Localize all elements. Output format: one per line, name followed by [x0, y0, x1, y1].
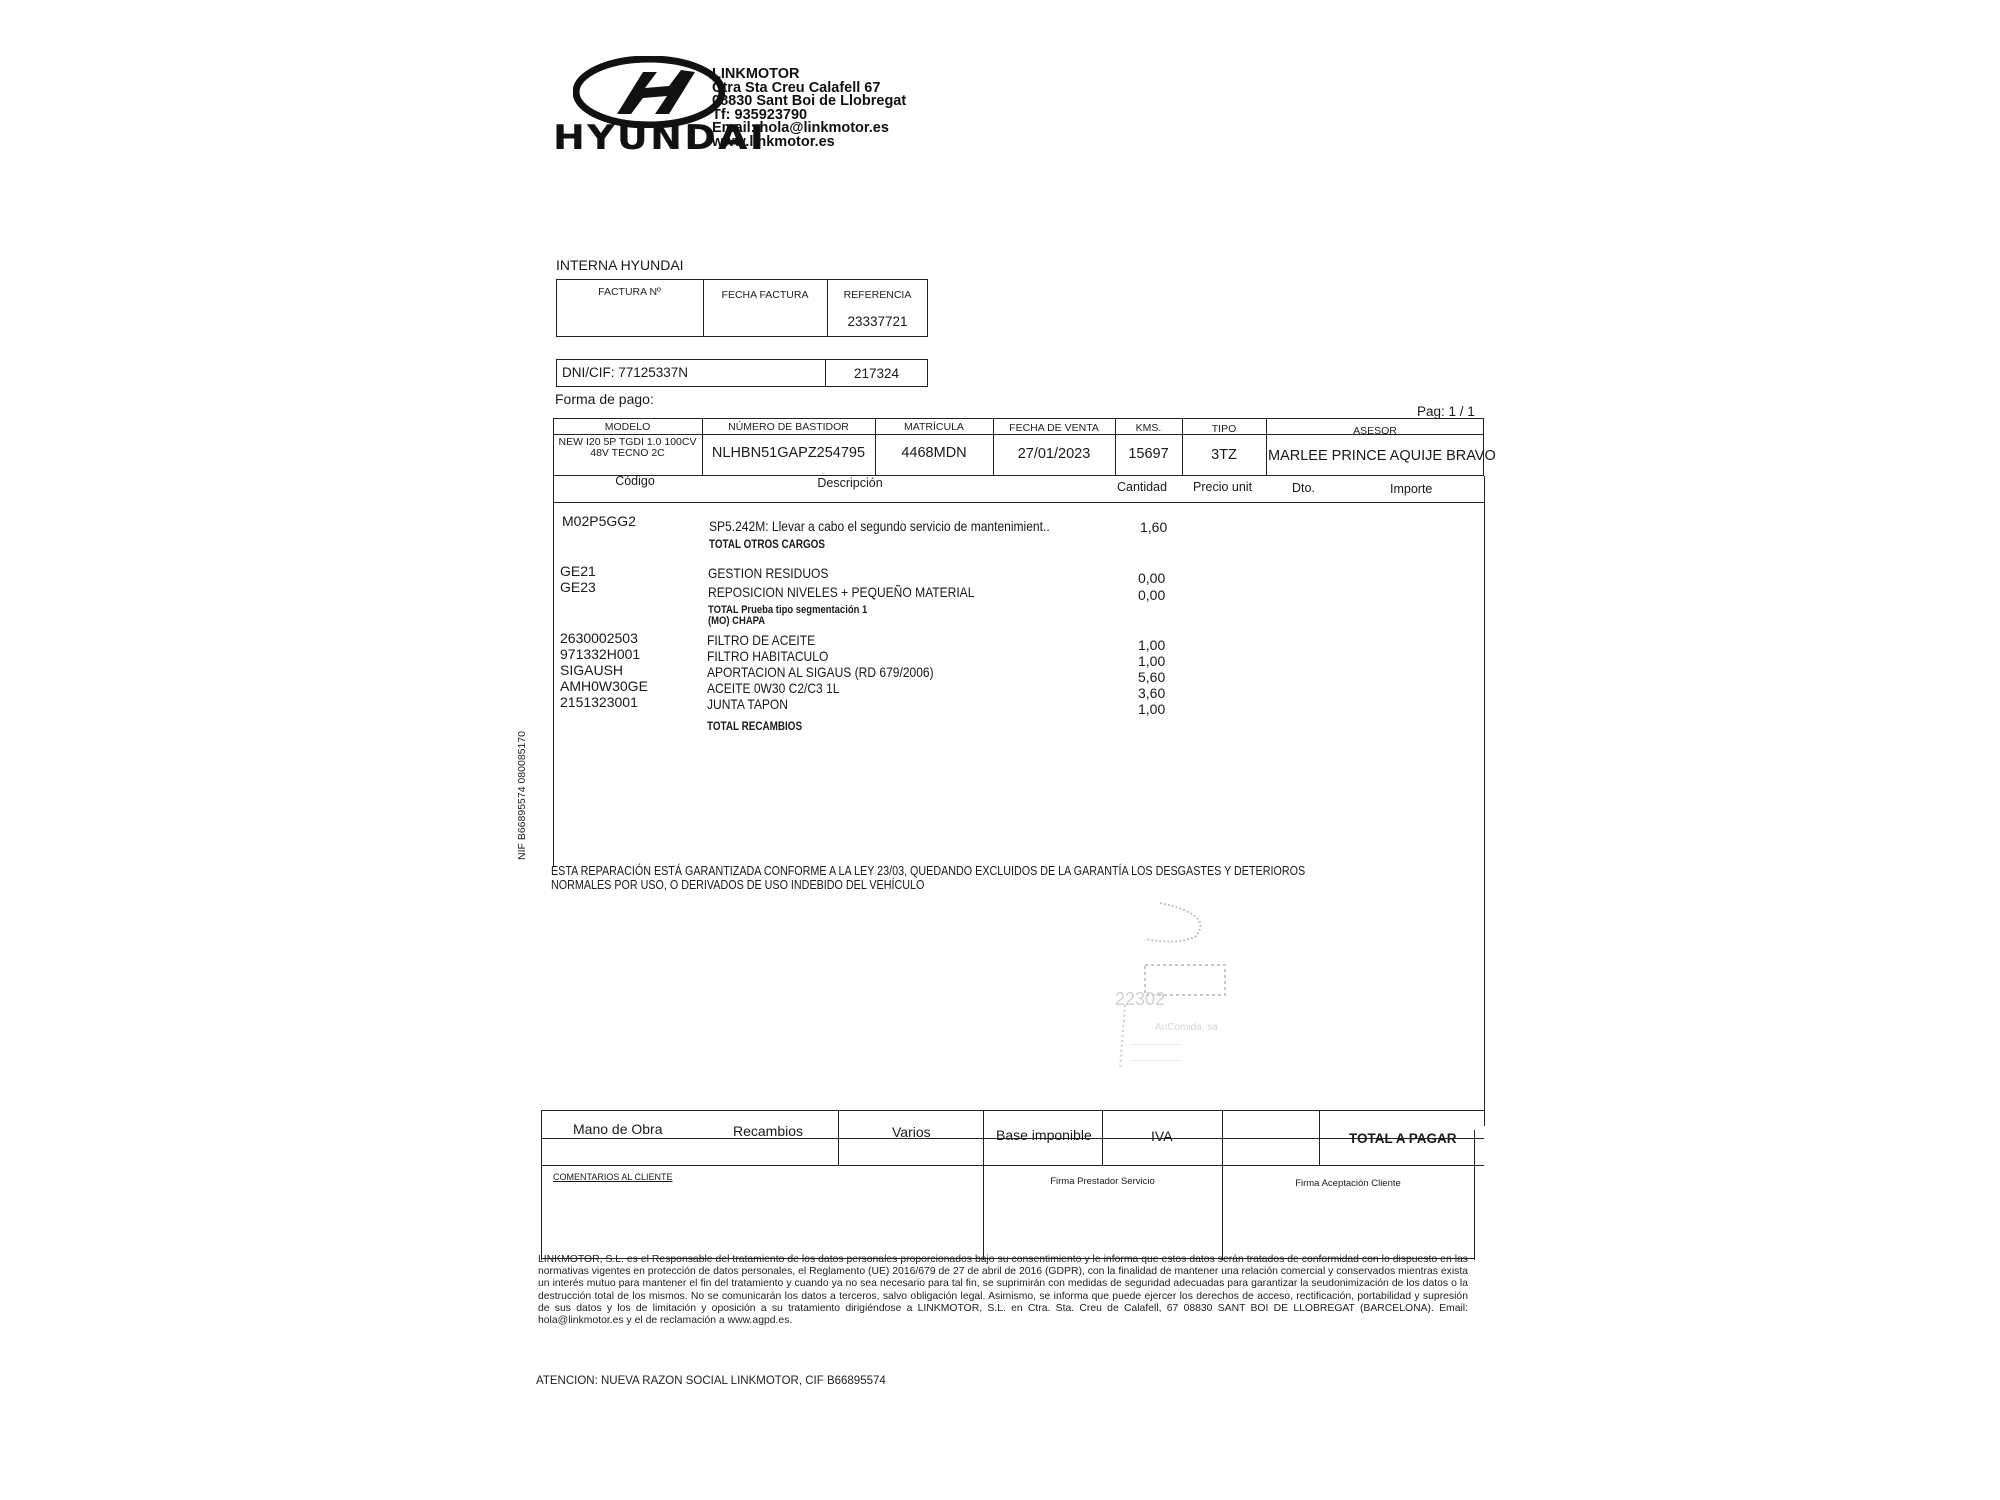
header-fecha-venta: FECHA DE VENTA: [993, 422, 1115, 434]
col-precio: Precio unit: [1193, 480, 1252, 494]
svg-text:-----------------: -----------------: [1130, 1039, 1181, 1049]
side-nif: NIF B66895574 080085170: [516, 731, 528, 860]
line-qty: 5,60: [1138, 669, 1165, 685]
total-mano-obra-label: Mano de Obra: [573, 1121, 663, 1137]
line-desc: SP5.242M: Llevar a cabo el segundo servi…: [709, 518, 1050, 534]
header-tipo: TIPO: [1182, 423, 1266, 435]
line-desc: REPOSICION NIVELES + PEQUEÑO MATERIAL: [708, 584, 974, 600]
comentarios-label: COMENTARIOS AL CLIENTE: [553, 1172, 673, 1182]
vehicle-matricula: 4468MDN: [875, 445, 993, 461]
line-qty: 3,60: [1138, 685, 1165, 701]
line-qty: 1,00: [1138, 701, 1165, 717]
vehicle-tipo: 3TZ: [1182, 447, 1266, 463]
total-a-pagar-label: TOTAL A PAGAR: [1349, 1131, 1457, 1146]
line-total: TOTAL OTROS CARGOS: [709, 539, 825, 551]
line-desc: FILTRO HABITACULO: [707, 648, 828, 664]
dni-cif: DNI/CIF: 77125337N: [562, 365, 688, 380]
line-code: 2630002503: [560, 630, 638, 646]
referencia-value: 23337721: [827, 314, 928, 329]
base-imponible-label: Base imponible: [996, 1127, 1092, 1143]
col-cantidad: Cantidad: [1117, 480, 1167, 494]
header-modelo: MODELO: [553, 421, 702, 433]
document-type: INTERNA HYUNDAI: [556, 257, 684, 273]
col-importe: Importe: [1390, 482, 1432, 496]
line-code: 971332H001: [560, 646, 640, 662]
dealer-website: www.linkmotor.es: [712, 136, 906, 150]
dealer-info: LINKMOTOR Ctra Sta Creu Calafell 67 0883…: [712, 68, 906, 149]
line-code: GE21: [560, 563, 596, 579]
page-indicator: Pag: 1 / 1: [1417, 404, 1475, 419]
warranty-text: ESTA REPARACIÓN ESTÁ GARANTIZADA CONFORM…: [551, 864, 1305, 892]
attention-notice: ATENCION: NUEVA RAZON SOCIAL LINKMOTOR, …: [536, 1375, 886, 1387]
vehicle-kms: 15697: [1115, 446, 1182, 462]
col-descripcion: Descripción: [790, 476, 910, 490]
col-codigo: Código: [580, 474, 690, 488]
header-bastidor: NÚMERO DE BASTIDOR: [702, 421, 875, 433]
iva-label: IVA: [1151, 1128, 1173, 1144]
header-kms: KMS.: [1115, 422, 1182, 434]
line-desc: GESTION RESIDUOS: [708, 565, 828, 581]
dealer-stamp: 22302 AuComida, sa ----------------- ---…: [1085, 895, 1300, 1095]
firma-cliente-label: Firma Aceptación Cliente: [1222, 1178, 1474, 1189]
data-protection-notice: LINKMOTOR, S.L. es el Responsable del tr…: [538, 1254, 1468, 1327]
line-total: TOTAL RECAMBIOS: [707, 721, 802, 733]
firma-prestador-label: Firma Prestador Servicio: [983, 1176, 1222, 1187]
line-desc: JUNTA TAPON: [707, 696, 788, 712]
line-code: AMH0W30GE: [560, 678, 648, 694]
line-qty: 1,00: [1138, 637, 1165, 653]
factura-label: FACTURA Nº: [556, 286, 703, 298]
vehicle-fecha-venta: 27/01/2023: [993, 446, 1115, 462]
header-matricula: MATRÍCULA: [875, 421, 993, 433]
line-code: 2151323001: [560, 694, 638, 710]
vehicle-bastidor: NLHBN51GAPZ254795: [702, 445, 875, 461]
col-dto: Dto.: [1292, 481, 1315, 495]
line-desc: ACEITE 0W30 C2/C3 1L: [707, 680, 839, 696]
header-asesor: ASESOR: [1266, 425, 1484, 437]
svg-text:-----------------: -----------------: [1130, 1055, 1181, 1065]
payment-label: Forma de pago:: [555, 391, 654, 407]
total-varios-label: Varios: [892, 1124, 931, 1140]
line-qty: 1,60: [1140, 519, 1167, 535]
line-code: GE23: [560, 579, 596, 595]
svg-text:AuComida, sa: AuComida, sa: [1155, 1022, 1218, 1033]
line-desc: APORTACION AL SIGAUS (RD 679/2006): [707, 664, 934, 680]
total-recambios-label: Recambios: [733, 1123, 803, 1139]
svg-text:22302: 22302: [1115, 989, 1165, 1009]
line-qty: 1,00: [1138, 653, 1165, 669]
vehicle-modelo: NEW I20 5P TGDI 1.0 100CV 48V TECNO 2C: [553, 437, 702, 459]
line-qty: 0,00: [1138, 587, 1165, 603]
vehicle-asesor: MARLEE PRINCE AQUIJE BRAVO: [1268, 448, 1496, 464]
line-qty: 0,00: [1138, 570, 1165, 586]
line-code: M02P5GG2: [562, 513, 636, 529]
line-desc: FILTRO DE ACEITE: [707, 632, 815, 648]
client-number: 217324: [825, 366, 928, 381]
line-code: SIGAUSH: [560, 662, 623, 678]
referencia-label: REFERENCIA: [827, 289, 928, 301]
fecha-factura-label: FECHA FACTURA: [703, 289, 827, 301]
line-total: TOTAL Prueba tipo segmentación 1 (MO) CH…: [708, 605, 867, 627]
